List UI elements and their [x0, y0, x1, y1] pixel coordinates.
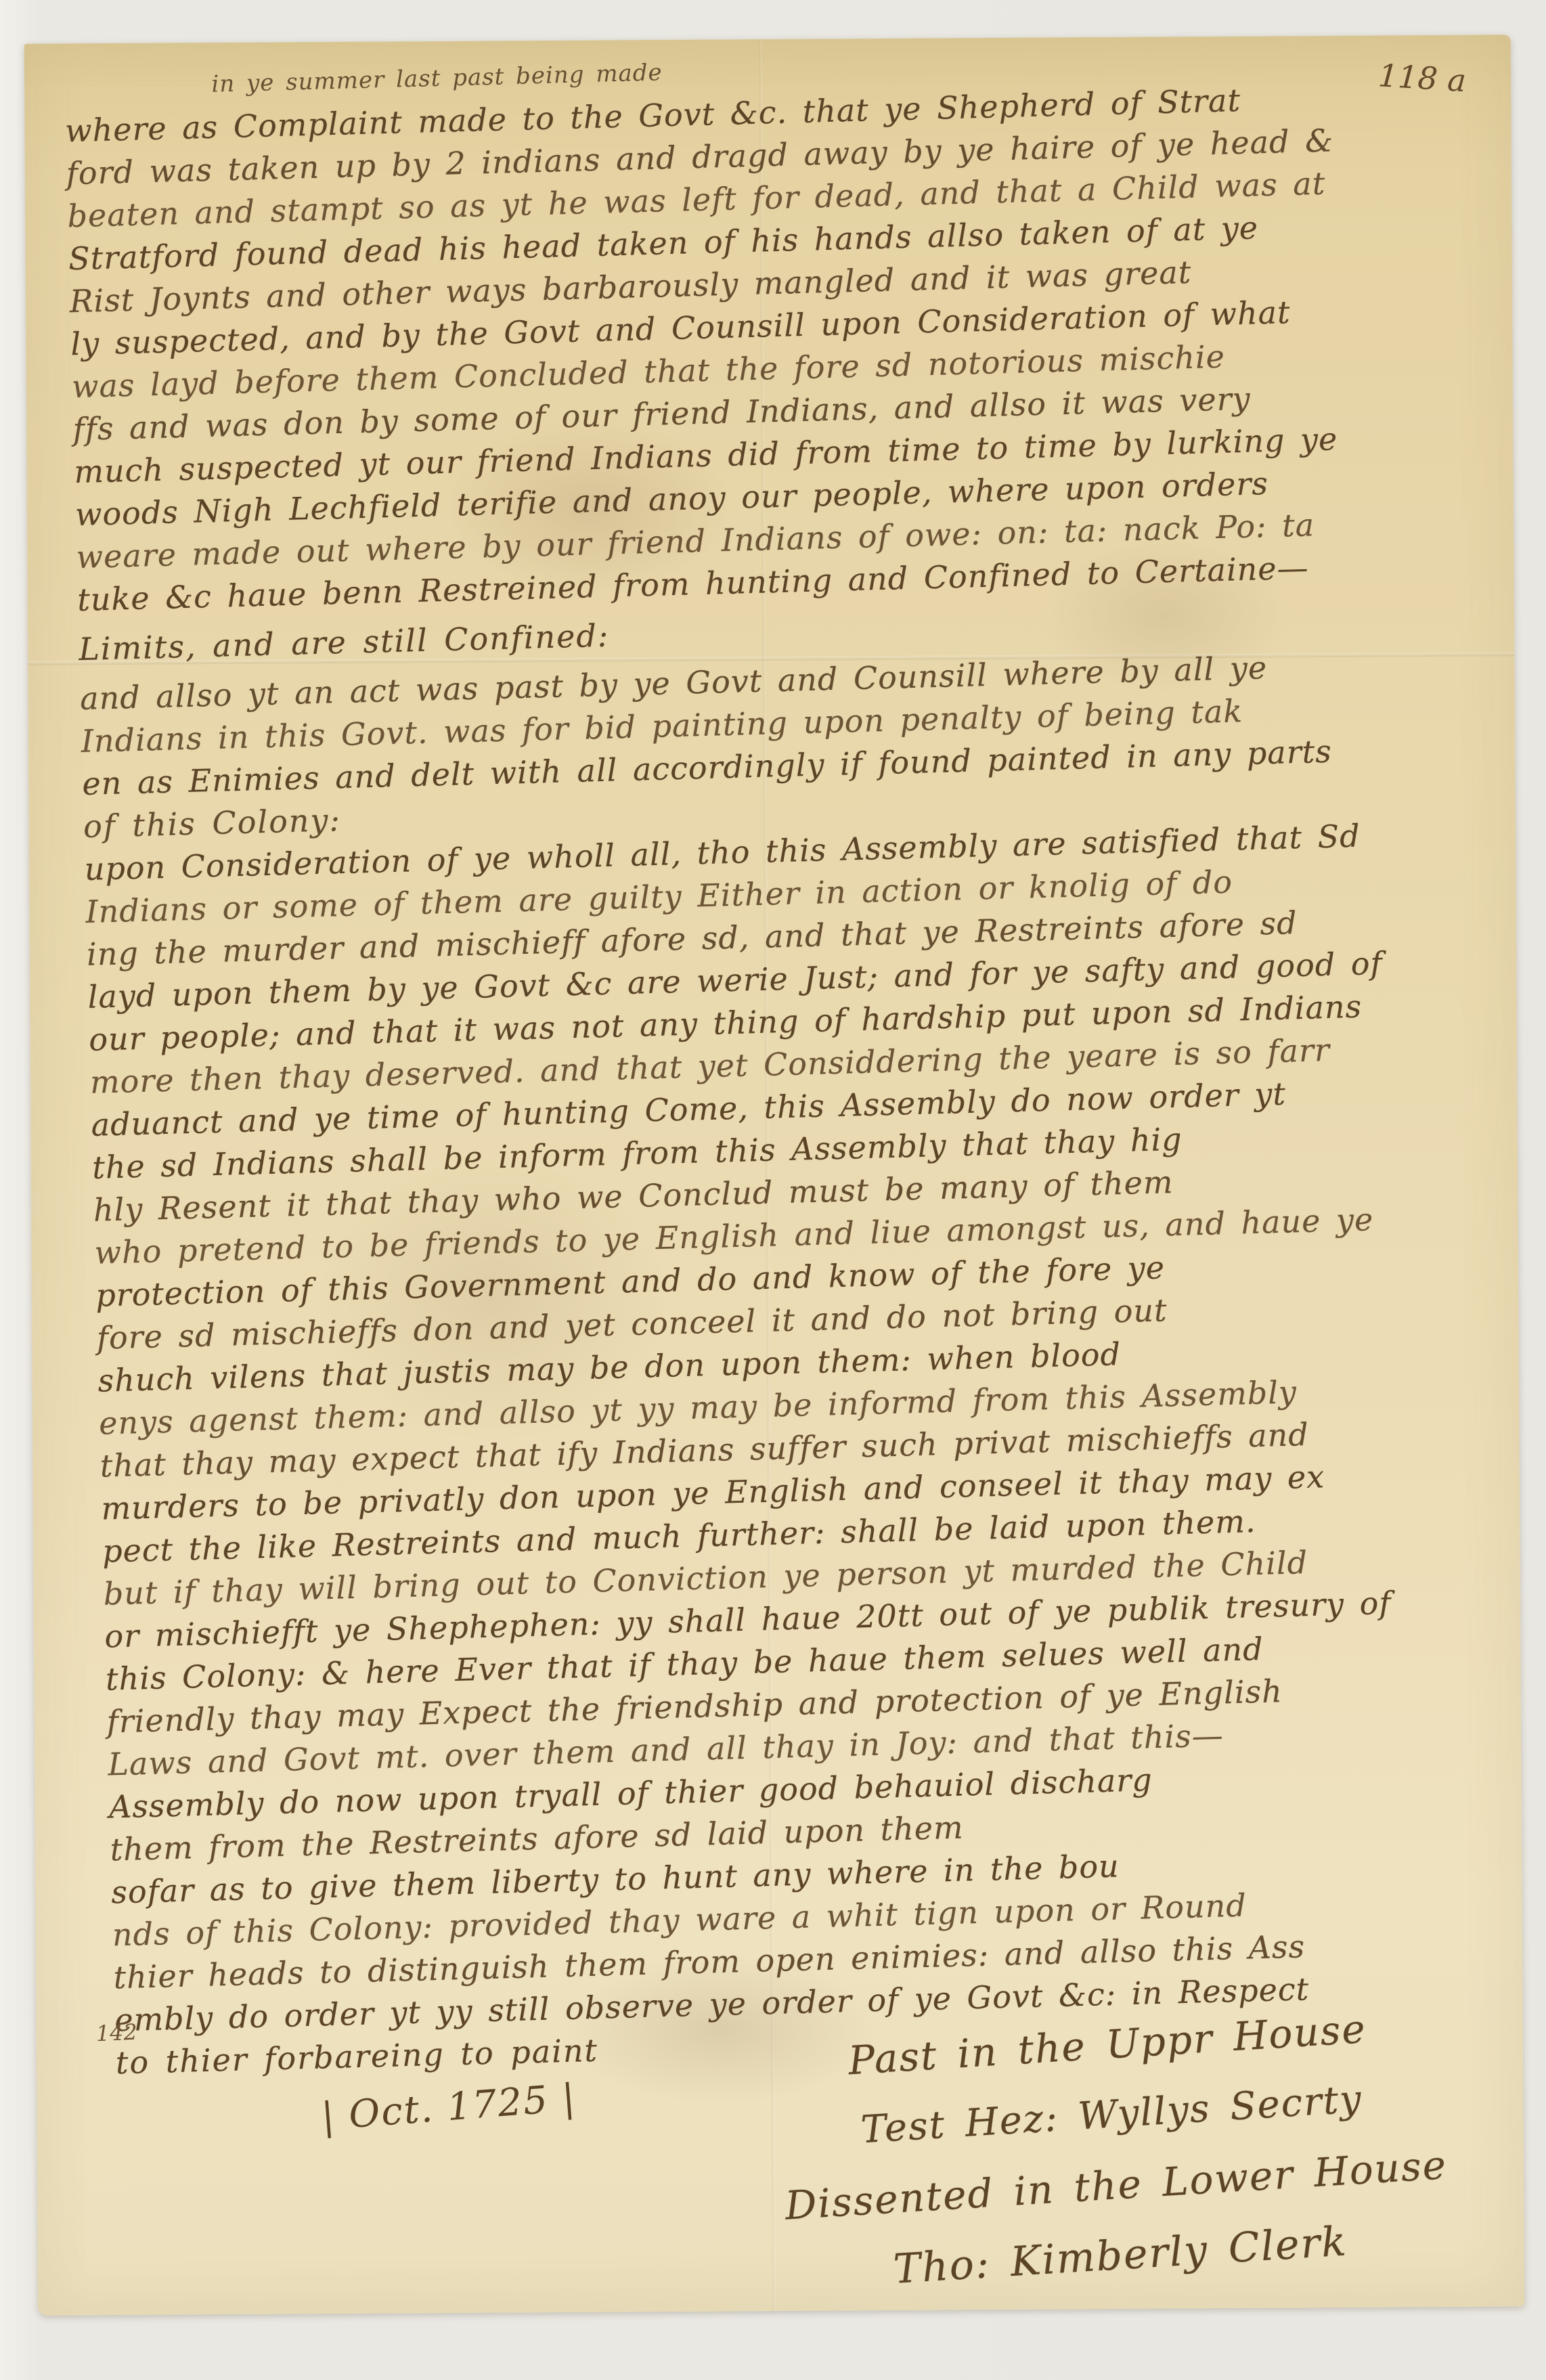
scan-background: { "page": { "page_number": "118 a", "fol…: [0, 0, 1546, 2380]
folio-number: 142: [95, 2019, 138, 2046]
endorsement-block: Past in the Uppr House Test Hez: Wyllys …: [727, 1986, 1501, 2314]
manuscript-text-block: in ye summer last past being made where …: [64, 38, 1524, 2084]
manuscript-page: 118 a in ye summer last past being made …: [24, 35, 1524, 2315]
date-notation: | Oct. 1725 |: [319, 2076, 577, 2139]
